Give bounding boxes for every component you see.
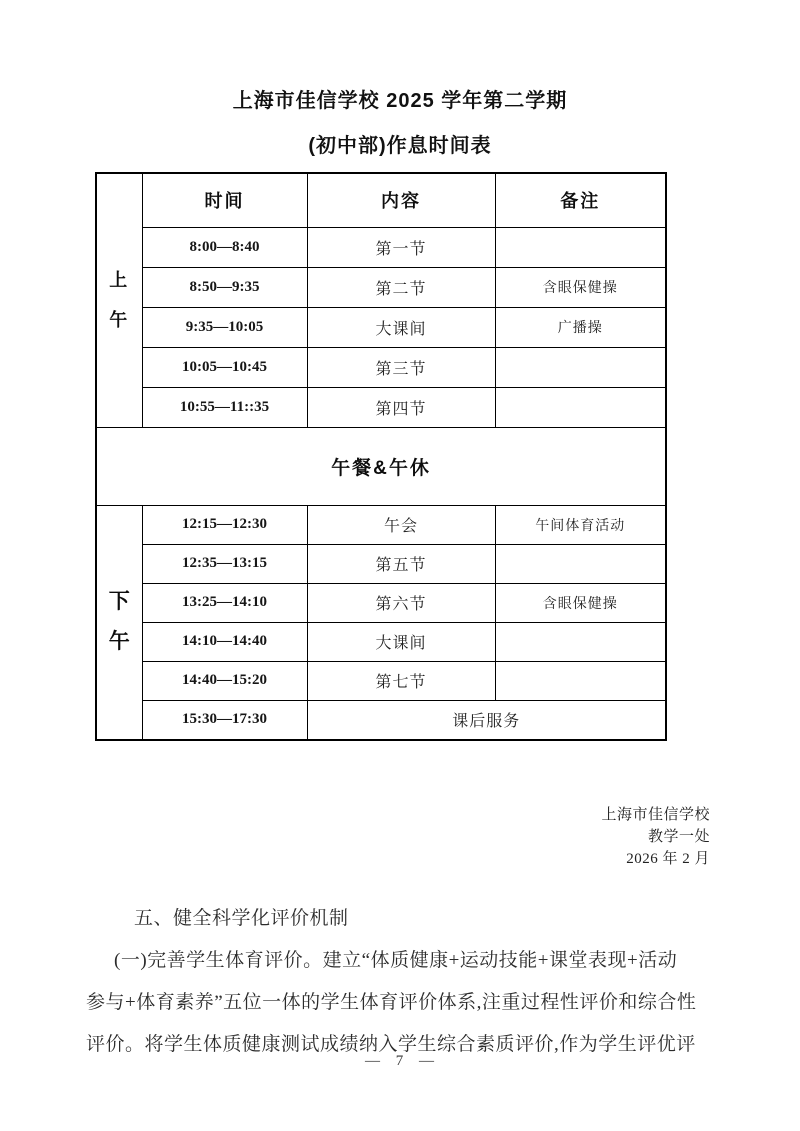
lunch-label: 午餐&午休 [96,427,666,505]
document-title: 上海市佳信学校 2025 学年第二学期 [0,84,800,113]
table-row: 10:05—10:45 第三节 [96,347,666,387]
content-cell: 大课间 [307,307,495,347]
content-cell: 第六节 [307,583,495,622]
paragraph-line: (一)完善学生体育评价。建立“体质健康+运动技能+课堂表现+活动 [86,940,716,982]
signature-block: 上海市佳信学校 教学一处 2026 年 2 月 [601,804,710,870]
content-cell: 午会 [307,505,495,544]
table-row: 10:55—11::35 第四节 [96,387,666,427]
time-cell: 8:50—9:35 [142,267,307,307]
header-time: 时间 [142,173,307,227]
table-row: 14:10—14:40 大课间 [96,622,666,661]
table-row: 14:40—15:20 第七节 [96,661,666,700]
document-subtitle: (初中部)作息时间表 [0,129,800,158]
table-row: 8:00—8:40 第一节 [96,227,666,267]
time-cell: 10:55—11::35 [142,387,307,427]
content-cell: 第三节 [307,347,495,387]
timetable: 上午 时间 内容 备注 8:00—8:40 第一节 8:50—9:35 第二节 … [95,172,667,741]
table-row: 9:35—10:05 大课间 广播操 [96,307,666,347]
note-cell [495,622,666,661]
note-cell: 午间体育活动 [495,505,666,544]
time-cell: 12:35—13:15 [142,544,307,583]
header-note: 备注 [495,173,666,227]
paragraph-line: 参与+体育素养”五位一体的学生体育评价体系,注重过程性评价和综合性 [86,982,716,1024]
time-cell: 8:00—8:40 [142,227,307,267]
afternoon-label: 下午 [107,582,131,662]
after-school-row: 15:30—17:30 课后服务 [96,700,666,740]
signature-date: 2026 年 2 月 [601,848,710,870]
note-cell [495,387,666,427]
morning-period-cell: 上午 [96,173,142,427]
content-cell: 第七节 [307,661,495,700]
table-row: 8:50—9:35 第二节 含眼保健操 [96,267,666,307]
content-cell: 第四节 [307,387,495,427]
morning-label: 上午 [109,260,130,340]
note-cell [495,544,666,583]
time-cell: 14:10—14:40 [142,622,307,661]
signature-office: 教学一处 [601,826,710,848]
table-row: 12:35—13:15 第五节 [96,544,666,583]
document-page: 上海市佳信学校 2025 学年第二学期 (初中部)作息时间表 上午 时间 内容 … [0,0,800,1131]
table-row: 13:25—14:10 第六节 含眼保健操 [96,583,666,622]
note-cell: 含眼保健操 [495,583,666,622]
time-cell: 12:15—12:30 [142,505,307,544]
content-cell: 大课间 [307,622,495,661]
signature-school: 上海市佳信学校 [601,804,710,826]
body-paragraph: 五、健全科学化评价机制 (一)完善学生体育评价。建立“体质健康+运动技能+课堂表… [86,898,716,1066]
time-cell: 14:40—15:20 [142,661,307,700]
content-cell: 第一节 [307,227,495,267]
time-cell: 10:05—10:45 [142,347,307,387]
content-cell: 第五节 [307,544,495,583]
after-school-service-cell: 课后服务 [307,700,666,740]
afternoon-period-cell: 下午 [96,505,142,740]
page-number: — 7 — [0,1053,800,1070]
note-cell: 广播操 [495,307,666,347]
section-heading: 五、健全科学化评价机制 [86,898,716,940]
time-cell: 9:35—10:05 [142,307,307,347]
note-cell [495,227,666,267]
header-content: 内容 [307,173,495,227]
time-cell: 15:30—17:30 [142,700,307,740]
time-cell: 13:25—14:10 [142,583,307,622]
lunch-row: 午餐&午休 [96,427,666,505]
note-cell [495,347,666,387]
table-row: 下午 12:15—12:30 午会 午间体育活动 [96,505,666,544]
content-cell: 第二节 [307,267,495,307]
table-header-row: 上午 时间 内容 备注 [96,173,666,227]
note-cell: 含眼保健操 [495,267,666,307]
note-cell [495,661,666,700]
